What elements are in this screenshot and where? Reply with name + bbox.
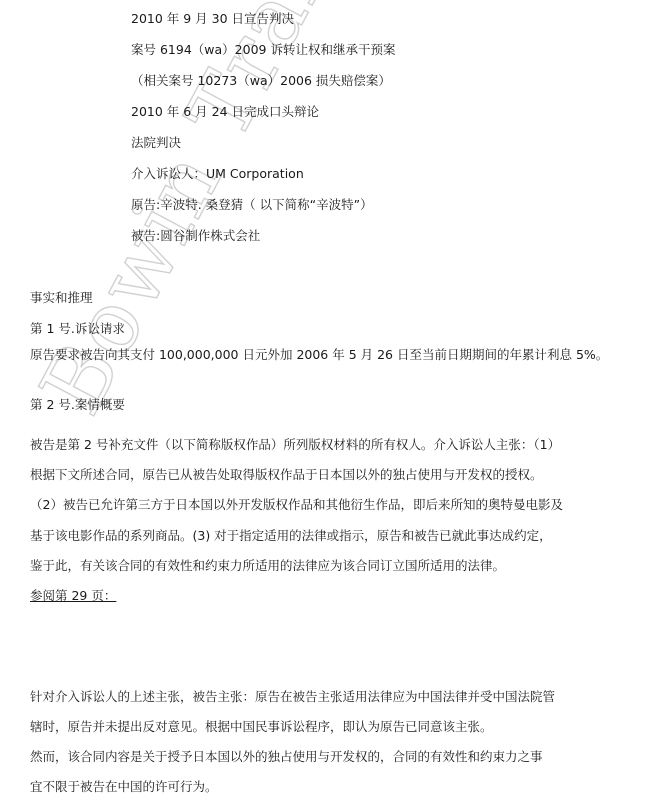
judgment-date: 2010 年 9 月 30 日宣告判决 <box>131 11 294 27</box>
plaintiff: 原告:辛波特. 桑登猜（ 以下简称“辛波特”） <box>131 197 373 213</box>
summary-line: 被告是第 2 号补充文件（以下简称版权作品）所列版权材料的所有权人。介入诉讼人主… <box>30 437 560 453</box>
watermark: Bowin Translation <box>22 0 500 430</box>
summary-line: 基于该电影作品的系列商品。(3) 对于指定适用的法律或指示，原告和被告已就此事达… <box>30 528 552 544</box>
page-reference-link[interactable]: 参阅第 29 页： <box>30 588 116 604</box>
related-case: （相关案号 10273（wa）2006 损失赔偿案） <box>131 73 391 89</box>
intervenor: 介入诉讼人：UM Corporation <box>131 166 304 182</box>
defendant: 被告:圆谷制作株式会社 <box>131 228 260 244</box>
response-line: 辖时，原告并未提出反对意见。根据中国民事诉讼程序，即认为原告已同意该主张。 <box>30 719 493 735</box>
case-number: 案号 6194（wa）2009 诉转让权和继承干预案 <box>131 42 395 58</box>
oral-argument-date: 2010 年 6 月 24 日完成口头辩论 <box>131 104 319 120</box>
summary-line: 根据下文所述合同，原告已从被告处取得版权作品于日本国以外的独占使用与开发权的授权… <box>30 467 543 483</box>
summary-line: （2）被告已允许第三方于日本国以外开发版权作品和其他衍生作品，即后来所知的奥特曼… <box>30 497 563 513</box>
claim-text: 原告要求被告向其支付 100,000,000 日元外加 2006 年 5 月 2… <box>30 347 608 363</box>
response-line: 宜不限于被告在中国的许可行为。 <box>30 779 218 795</box>
response-line: 针对介入诉讼人的上述主张，被告主张：原告在被告主张适用法律应为中国法律并受中国法… <box>30 689 555 705</box>
court-judgment-label: 法院判决 <box>131 135 181 151</box>
claim-heading: 第 1 号.诉讼请求 <box>30 321 125 337</box>
section-title: 事实和推理 <box>30 290 93 306</box>
response-line: 然而，该合同内容是关于授予日本国以外的独占使用与开发权的，合同的有效性和约束力之… <box>30 749 543 765</box>
summary-heading: 第 2 号.案情概要 <box>30 397 125 413</box>
summary-line: 鉴于此，有关该合同的有效性和约束力所适用的法律应为该合同订立国所适用的法律。 <box>30 558 505 574</box>
